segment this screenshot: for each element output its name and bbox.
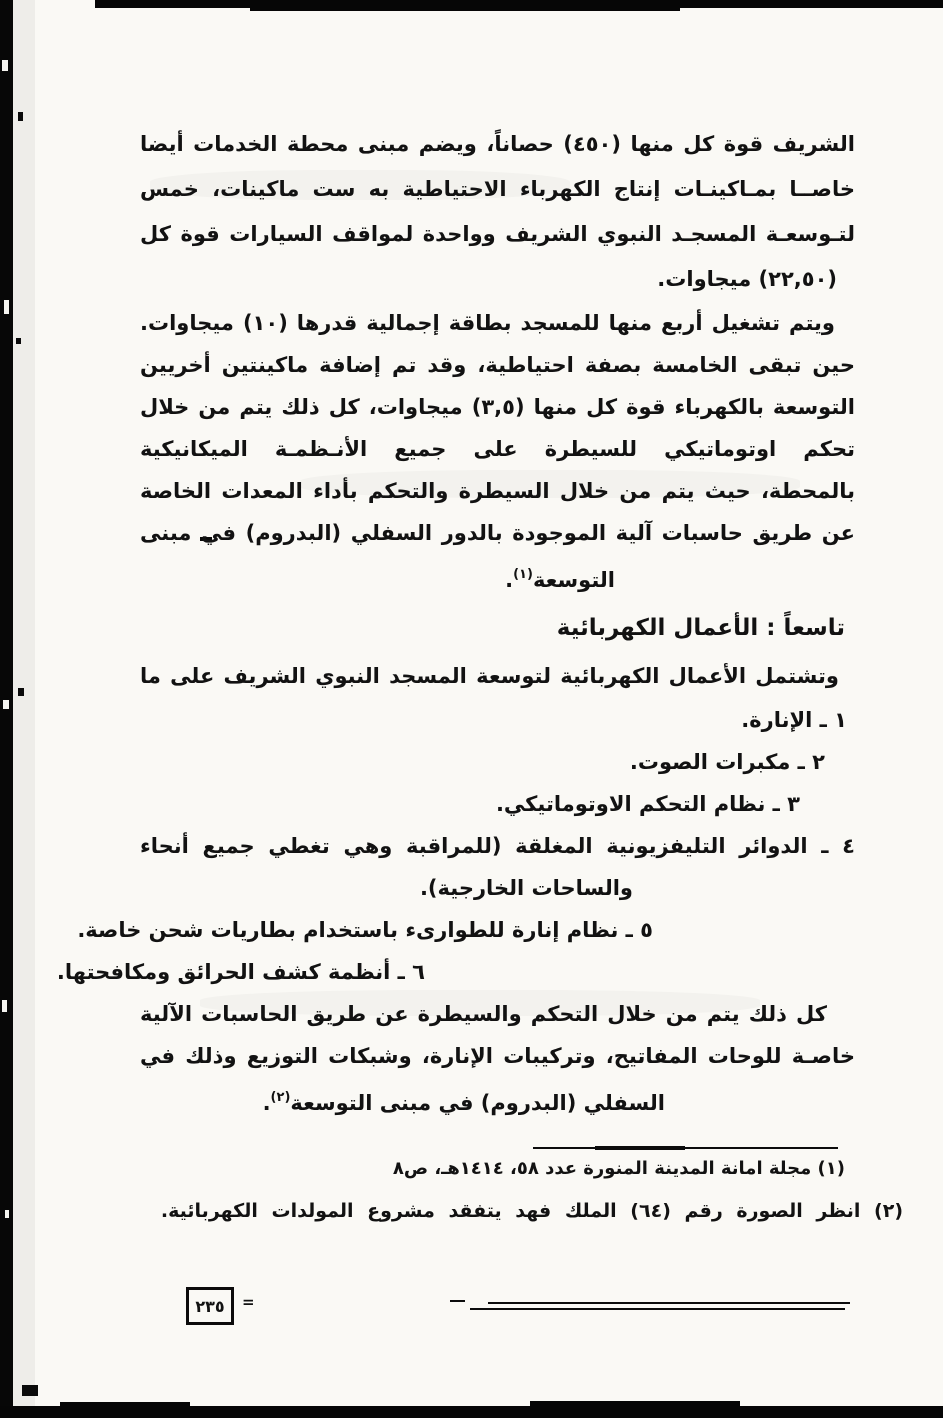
list-item: ١ ـ الإنارة. (140, 699, 847, 741)
list-item: ٢ ـ مكبرات الصوت. (140, 741, 825, 783)
scan-noise (2, 1000, 7, 1012)
scan-noise (16, 338, 21, 344)
footnote-1: (١) مجلة امانة المدينة المنورة عدد ٥٨، ١… (393, 1158, 845, 1179)
list-item: ٣ ـ نظام التحكم الاوتوماتيكي. (140, 783, 800, 825)
list-item-continuation: والساحات الخارجية). (140, 867, 633, 909)
list-item: ٤ ـ الدوائر التليفزيونية المغلقة (للمراق… (140, 825, 855, 867)
scanned-book-page: الشريف قوة كل منها (٤٥٠) حصاناً، ويضم مب… (0, 0, 943, 1418)
footnote-reference: (١) (513, 567, 533, 582)
text-run: السفلي (البدروم) في مبنى التوسعة (290, 1091, 665, 1115)
numbered-list: ١ ـ الإنارة. ٢ ـ مكبرات الصوت. ٣ ـ نظام … (140, 699, 855, 993)
scan-edge-bottom-irregular (530, 1401, 740, 1408)
scan-edge-bottom-irregular (60, 1402, 190, 1408)
list-intro-row: وتشتمل الأعمال الكهربائية لتوسعة المسجد … (140, 654, 855, 699)
text-line: بالمحطة، حيث يتم من خلال السيطرة والتحكم… (140, 470, 855, 512)
page-text-block: الشريف قوة كل منها (٤٥٠) حصاناً، ويضم مب… (140, 122, 855, 1119)
text-line: الشريف قوة كل منها (٤٥٠) حصاناً، ويضم مب… (140, 122, 855, 167)
scan-noise (2, 60, 8, 71)
scan-edge-left (0, 0, 13, 1418)
text-line: التوسعة(١). (140, 554, 615, 596)
page-number-box: ٢٣٥ (186, 1287, 234, 1325)
scan-edge-top (95, 0, 943, 8)
scan-noise (18, 112, 23, 121)
text-line: كل ذلك يتم من خلال التحكم والسيطرة عن طر… (140, 993, 855, 1035)
scan-edge-top-irregular (250, 8, 680, 11)
scan-noise (5, 1210, 9, 1218)
text-line: لتـوسعـة المسجـد النبوي الشريف وواحدة لم… (140, 212, 855, 257)
text-line: ويتم تشغيل أربع منها للمسجد بطاقة إجمالي… (140, 302, 855, 344)
bottom-double-rule-lower (470, 1308, 845, 1310)
text-line: وتشتمل الأعمال الكهربائية لتوسعة المسجد … (140, 654, 855, 699)
paragraph: ويتم تشغيل أربع منها للمسجد بطاقة إجمالي… (140, 302, 855, 596)
text-line: حين تبقى الخامسة بصفة احتياطية، وقد تم إ… (140, 344, 855, 386)
bottom-double-rule-upper (488, 1302, 850, 1304)
text-run: التوسعة (533, 568, 615, 592)
scan-noise (18, 688, 24, 696)
text-line: عن طريق حاسبات آلية الموجودة بالدور السف… (140, 512, 855, 554)
scan-binding-shadow (13, 0, 35, 1418)
text-line: خاصــا بمـاكينـات إنتاج الكهرباء الاحتيا… (140, 167, 855, 212)
text-line: تحكم اوتوماتيكي للسيطرة على جميع الأنـظم… (140, 428, 855, 470)
section-heading: تاسعاً : الأعمال الكهربائية (140, 604, 845, 652)
paragraph-continuation: الشريف قوة كل منها (٤٥٠) حصاناً، ويضم مب… (140, 122, 855, 302)
text-line: التوسعة بالكهرباء قوة كل منها (٣,٥) ميجا… (140, 386, 855, 428)
footnote-separator-rule-thick (595, 1146, 685, 1150)
text-line: (٢٢,٥٠) ميجاوات. (140, 257, 837, 302)
scan-noise (3, 700, 9, 709)
list-item: ٥ ـ نظام إنارة للطوارىء باستخدام بطاريات… (140, 909, 653, 951)
footnote-separator-rule (533, 1147, 838, 1149)
paragraph: كل ذلك يتم من خلال التحكم والسيطرة عن طر… (140, 993, 855, 1119)
list-item: ٦ ـ أنظمة كشف الحرائق ومكافحتها. (140, 951, 425, 993)
footnote-2: (٢) انظر الصورة رقم (٦٤) الملك فهد يتفقد… (161, 1200, 903, 1222)
text-run: . (505, 568, 513, 592)
bottom-rule-dash (450, 1300, 465, 1302)
page-number-dash: = (242, 1293, 255, 1311)
scan-noise (4, 300, 9, 314)
text-run: . (263, 1091, 271, 1115)
text-line: خاصـة للوحات المفاتيح، وتركيبات الإنارة،… (140, 1035, 855, 1077)
scan-noise (22, 1385, 38, 1396)
text-line: السفلي (البدروم) في مبنى التوسعة(٢). (140, 1077, 665, 1119)
section-heading-row: تاسعاً : الأعمال الكهربائية (140, 604, 855, 652)
footnote-reference: (٢) (271, 1090, 291, 1105)
